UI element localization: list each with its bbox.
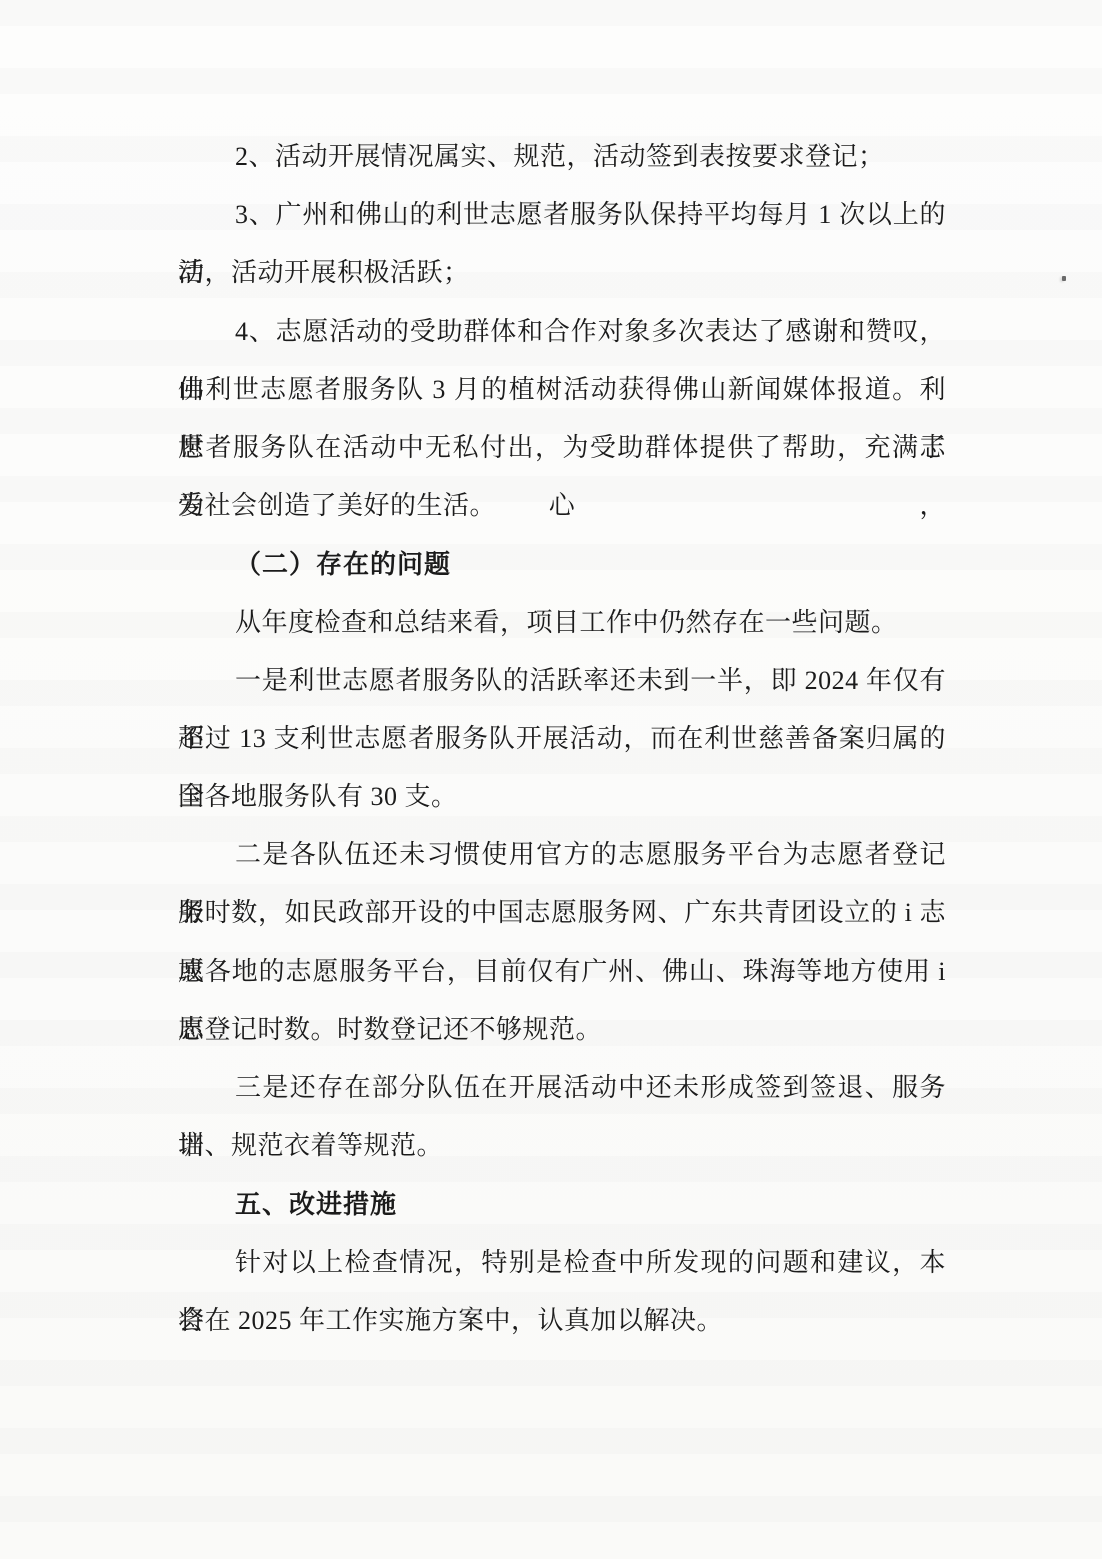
section-heading: （二）存在的问题 (178, 535, 946, 593)
body-line: 三是还存在部分队伍在开展活动中还未形成签到签退、服务培 (178, 1059, 946, 1117)
section-heading: 五、改进措施 (178, 1175, 946, 1233)
body-line: 从年度检查和总结来看，项目工作中仍然存在一些问题。 (178, 594, 946, 652)
body-line: 2、活动开展情况属实、规范，活动签到表按要求登记； (178, 128, 946, 186)
body-line: 二是各队伍还未习惯使用官方的志愿服务平台为志愿者登记服 (178, 826, 946, 884)
body-line: 动，活动开展积极活跃； (178, 244, 946, 302)
body-line: 一是利世志愿者服务队的活跃率还未到一半，即 2024 年仅有不 (178, 652, 946, 710)
body-line: 针对以上检查情况，特别是检查中所发现的问题和建议，本会 (178, 1234, 946, 1292)
body-line: 训、规范衣着等规范。 (178, 1117, 946, 1175)
body-line: 国各地服务队有 30 支。 (178, 768, 946, 826)
body-line: 或各地的志愿服务平台，目前仅有广州、佛山、珠海等地方使用 i 志 (178, 943, 946, 1001)
body-line: 务时数，如民政部开设的中国志愿服务网、广东共青团设立的 i 志愿 (178, 884, 946, 942)
body-line: 山利世志愿者服务队 3 月的植树活动获得佛山新闻媒体报道。利世志 (178, 361, 946, 419)
body-line: 将在 2025 年工作实施方案中，认真加以解决。 (178, 1292, 946, 1350)
document-page: 2、活动开展情况属实、规范，活动签到表按要求登记； 3、广州和佛山的利世志愿者服… (0, 0, 1102, 1559)
body-line: 超过 13 支利世志愿者服务队开展活动，而在利世慈善备案归属的全 (178, 710, 946, 768)
body-line: 3、广州和佛山的利世志愿者服务队保持平均每月 1 次以上的活 (178, 186, 946, 244)
body-line: 4、志愿活动的受助群体和合作对象多次表达了感谢和赞叹，佛 (178, 303, 946, 361)
body-line: 愿者服务队在活动中无私付出，为受助群体提供了帮助，充满了爱心， (178, 419, 946, 477)
body-line: 愿登记时数。时数登记还不够规范。 (178, 1001, 946, 1059)
scan-artifact-dot (1062, 276, 1066, 281)
document-body: 2、活动开展情况属实、规范，活动签到表按要求登记； 3、广州和佛山的利世志愿者服… (178, 128, 946, 1350)
